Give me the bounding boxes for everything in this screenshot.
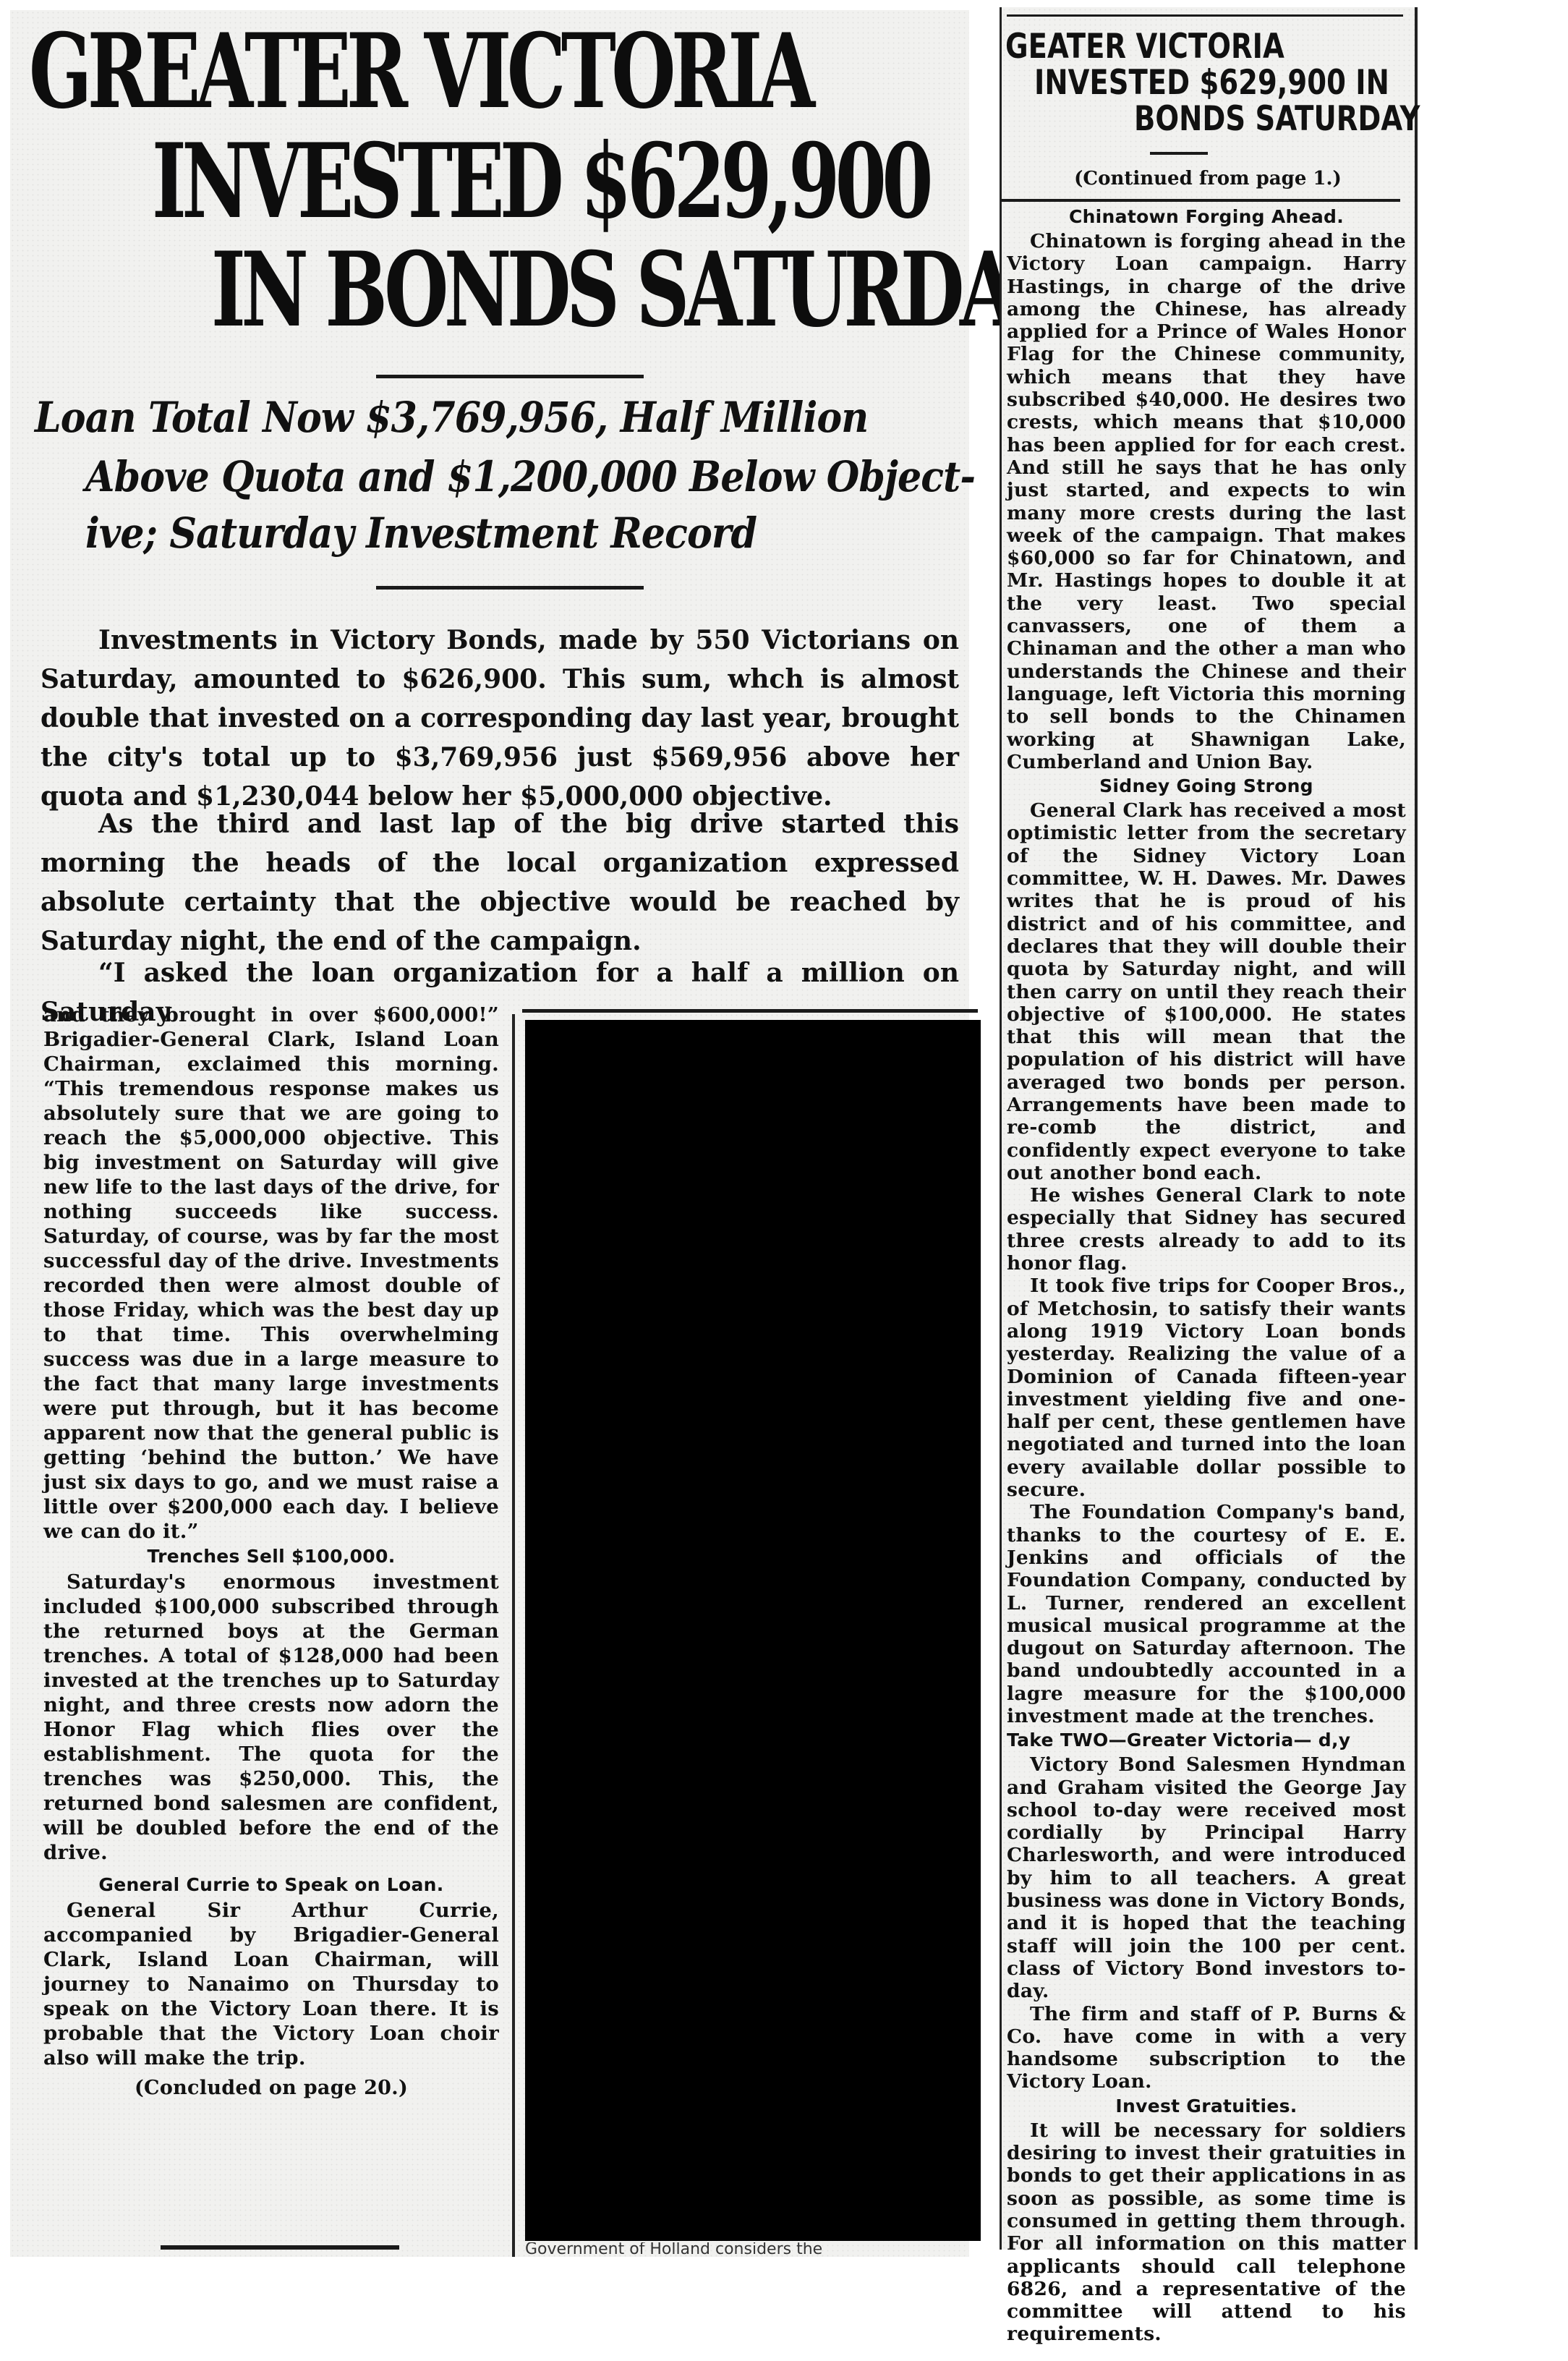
end-rule bbox=[161, 2245, 399, 2250]
headline-line-3: IN BONDS SATURDAY bbox=[211, 239, 1057, 341]
headline-divider bbox=[376, 375, 644, 378]
cut-off-text-fragment: Government of Holland considers the bbox=[525, 2242, 981, 2257]
section-subhead: Trenches Sell $100,000. bbox=[43, 1544, 499, 1570]
lead-paragraph: Investments in Victory Bonds, made by 55… bbox=[41, 621, 959, 816]
continuation-divider bbox=[1150, 152, 1208, 155]
body-paragraph: Saturday's enormous investment included … bbox=[43, 1570, 499, 1865]
subheadline-divider bbox=[376, 586, 644, 590]
body-paragraph: The firm and staff of P. Burns & Co. hav… bbox=[1007, 2003, 1406, 2093]
body-paragraph: Chinatown is forging ahead in the Victor… bbox=[1007, 230, 1406, 773]
continuation-headline-line-3: BONDS SATURDAY bbox=[1134, 101, 1360, 137]
body-paragraph: General Sir Arthur Currie, accompanied b… bbox=[43, 1898, 499, 2070]
right-body-column: Chinatown Forging Ahead. Chinatown is fo… bbox=[1007, 204, 1406, 2346]
right-top-rule bbox=[1007, 14, 1403, 17]
subheadline-line-3: ive; Saturday Investment Record bbox=[85, 512, 757, 554]
subheadline-line-2: Above Quota and $1,200,000 Below Object- bbox=[85, 456, 975, 498]
lead-paragraph-text: As the third and last lap of the big dri… bbox=[41, 804, 959, 961]
concluded-note: (Concluded on page 20.) bbox=[43, 2076, 499, 2101]
continuation-headline-line-2: INVESTED $629,900 IN bbox=[1034, 65, 1342, 101]
left-body-column: and they brought in over $600,000!” Brig… bbox=[43, 1003, 499, 2101]
headline-line-2: INVESTED $629,900 bbox=[152, 130, 929, 233]
section-subhead: Invest Gratuities. bbox=[1007, 2093, 1406, 2119]
continued-rule bbox=[1001, 199, 1400, 202]
body-paragraph: It took five trips for Cooper Bros., of … bbox=[1007, 1275, 1406, 1501]
redacted-block bbox=[525, 1020, 981, 2241]
body-paragraph: He wishes General Clark to note especial… bbox=[1007, 1184, 1406, 1275]
body-paragraph: and they brought in over $600,000!” Brig… bbox=[43, 1003, 499, 1544]
body-paragraph: General Clark has received a most optimi… bbox=[1007, 799, 1406, 1184]
continuation-headline-line-1: GEATER VICTORIA bbox=[1005, 29, 1337, 65]
body-paragraph: It will be necessary for soldiers desiri… bbox=[1007, 2119, 1406, 2346]
subheadline-line-1: Loan Total Now $3,769,956, Half Million bbox=[35, 396, 868, 438]
section-subhead: General Currie to Speak on Loan. bbox=[43, 1872, 499, 1898]
lead-paragraph-text: Investments in Victory Bonds, made by 55… bbox=[41, 621, 959, 816]
column-top-rule bbox=[522, 1009, 978, 1013]
lead-paragraph: As the third and last lap of the big dri… bbox=[41, 804, 959, 961]
continued-note: (Continued from page 1.) bbox=[1005, 168, 1410, 190]
headline-line-1: GREATER VICTORIA bbox=[29, 20, 811, 123]
continuation-headline: GEATER VICTORIA INVESTED $629,900 IN BON… bbox=[1005, 29, 1410, 137]
section-subhead: Take TWO—Greater Victoria— d,y bbox=[1007, 1727, 1406, 1753]
body-paragraph: Victory Bond Salesmen Hyndman and Graham… bbox=[1007, 1753, 1406, 2002]
body-paragraph: The Foundation Company's band, thanks to… bbox=[1007, 1501, 1406, 1727]
column-divider bbox=[512, 1014, 515, 2257]
section-subhead: Chinatown Forging Ahead. bbox=[1007, 204, 1406, 230]
section-subhead: Sidney Going Strong bbox=[1007, 773, 1406, 799]
